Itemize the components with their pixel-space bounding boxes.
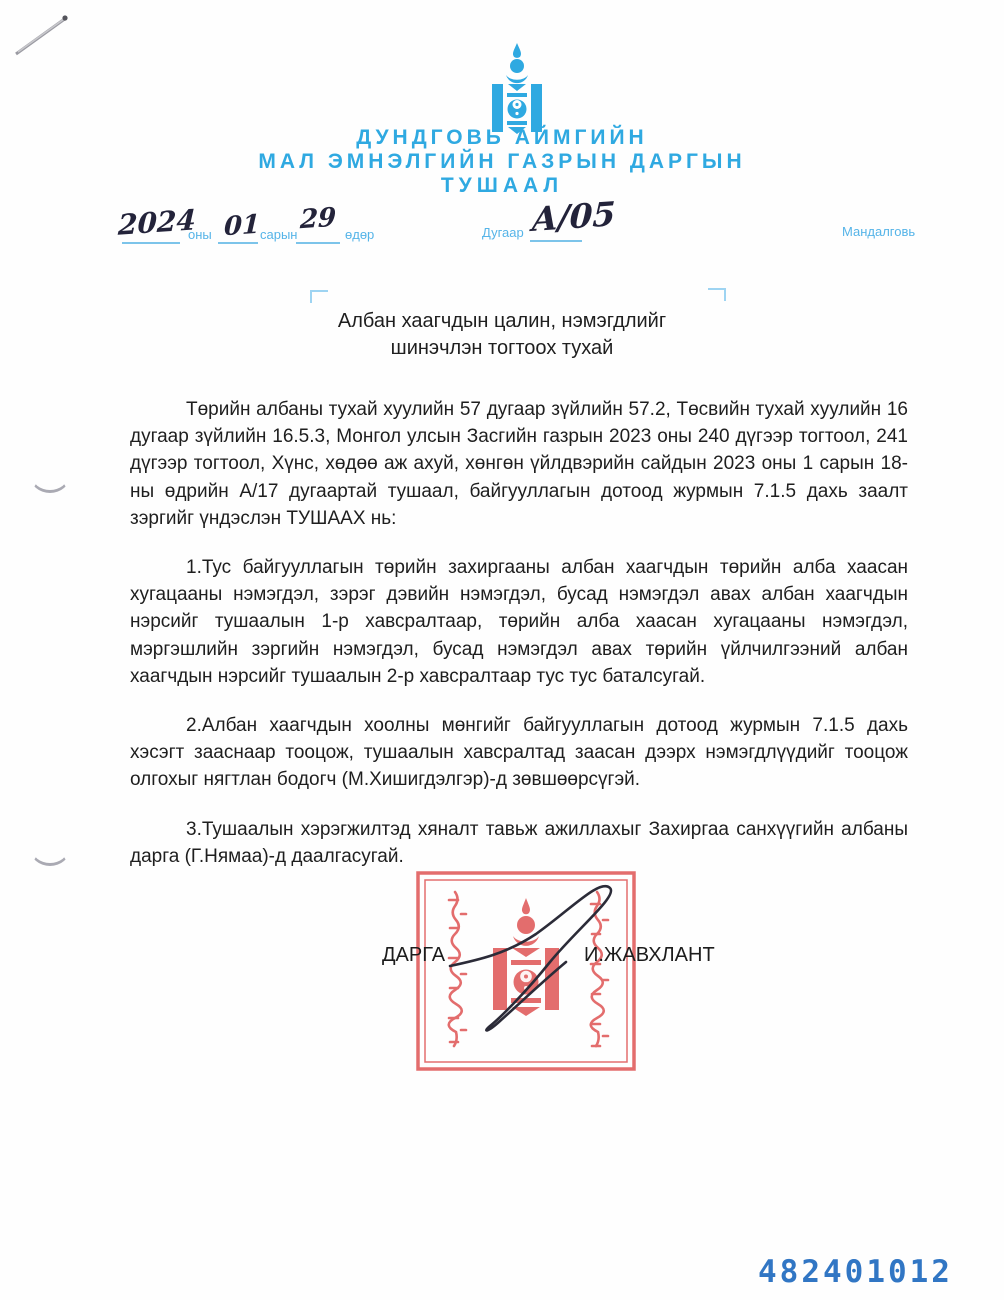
- pen-mark: [8, 8, 78, 68]
- signer-role-label: ДАРГА: [382, 944, 445, 967]
- year-label: оны: [188, 227, 212, 242]
- org-name-line2: МАЛ ЭМНЭЛГИЙН ГАЗРЫН ДАРГЫН: [0, 150, 1004, 174]
- document-body: Төрийн албаны тухай хуулийн 57 дугаар зү…: [130, 396, 908, 892]
- handwritten-month: 01: [224, 210, 261, 243]
- month-label: сарын: [260, 227, 297, 242]
- number-underline: [530, 240, 582, 242]
- month-underline: [218, 242, 258, 244]
- handwritten-year: 2024: [118, 203, 197, 242]
- document-title-line1: Албан хаагчдын цалин, нэмэгдлийг: [0, 308, 1004, 335]
- paragraph-clause-1: 1.Тус байгууллагын төрийн захиргааны алб…: [130, 554, 908, 690]
- paragraph-preamble: Төрийн албаны тухай хуулийн 57 дугаар зү…: [130, 396, 908, 532]
- scanned-document-page: ДУНДГОВЬ АЙМГИЙН МАЛ ЭМНЭЛГИЙН ГАЗРЫН ДА…: [0, 0, 1004, 1300]
- title-corner-mark-right: [708, 288, 726, 301]
- day-underline: [296, 242, 340, 244]
- handwritten-document-number: A/05: [531, 194, 616, 239]
- title-corner-mark-left: [310, 290, 328, 303]
- location-label: Мандалговь: [842, 224, 915, 239]
- handwritten-day: 29: [300, 203, 337, 236]
- punch-hole-mark: [30, 458, 70, 493]
- soyombo-emblem-icon: [487, 42, 547, 134]
- document-title: Албан хаагчдын цалин, нэмэгдлийг шинэчлэ…: [0, 308, 1004, 362]
- number-label: Дугаар: [482, 225, 524, 240]
- registration-number-stamp: 482401012: [758, 1254, 953, 1290]
- punch-hole-mark: [30, 831, 70, 866]
- paragraph-clause-3: 3.Тушаалын хэрэгжилтэд хяналт тавьж ажил…: [130, 816, 908, 870]
- document-title-line2: шинэчлэн тогтоох тухай: [0, 335, 1004, 362]
- paragraph-clause-2: 2.Албан хаагчдын хоолны мөнгийг байгуулл…: [130, 712, 908, 794]
- org-name-line1: ДУНДГОВЬ АЙМГИЙН: [0, 126, 1004, 150]
- day-label: өдөр: [345, 227, 374, 242]
- year-underline: [122, 242, 180, 244]
- doc-type-label: ТУШААЛ: [0, 174, 1004, 198]
- signer-name: И.ЖАВХЛАНТ: [584, 944, 715, 967]
